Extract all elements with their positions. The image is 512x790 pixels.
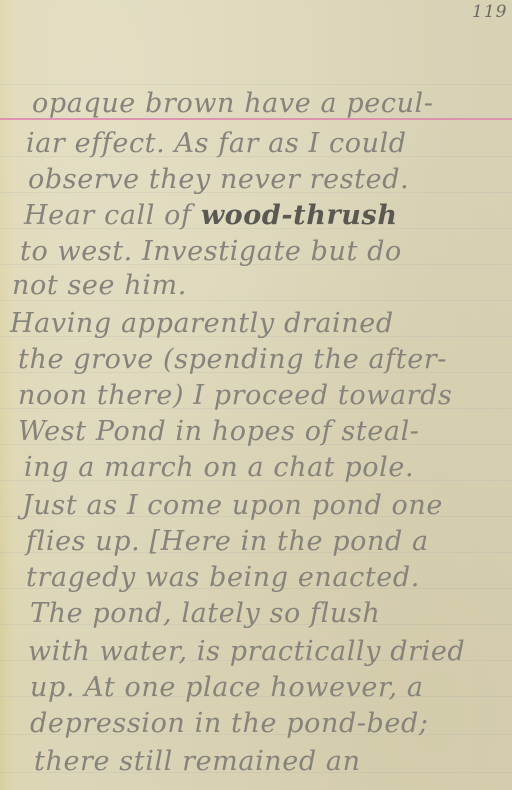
text-line: opaque brown have a pecul- xyxy=(32,88,434,119)
overwritten-word: wood-thrush xyxy=(201,200,398,231)
text-line: The pond, lately so flush xyxy=(30,598,380,629)
text-line: Just as I come upon pond one xyxy=(22,490,443,521)
text-line: tragedy was being enacted. xyxy=(26,562,420,593)
text-line: Having apparently drained xyxy=(10,308,394,339)
notebook-page: 119 opaque brown have a pecul- iar effec… xyxy=(0,0,512,790)
text-line: noon there) I proceed towards xyxy=(18,380,453,411)
page-number: 119 xyxy=(472,2,507,22)
text-line: observe they never rested. xyxy=(28,164,409,195)
text-line: with water, is practically dried xyxy=(28,636,465,667)
text-line: depression in the pond-bed; xyxy=(30,708,429,739)
text-line: the grove (spending the after- xyxy=(18,344,447,375)
text-line: West Pond in hopes of steal- xyxy=(18,416,420,447)
text-line: there still remained an xyxy=(34,746,361,777)
text-line: ing a march on a chat pole. xyxy=(24,452,414,483)
text-line: Hear call of wood-thrush xyxy=(24,200,398,231)
text-line: up. At one place however, a xyxy=(30,672,424,703)
text-line: to west. Investigate but do xyxy=(20,236,402,267)
ruled-line xyxy=(0,84,512,85)
text-line: iar effect. As far as I could xyxy=(26,128,407,159)
text-segment: Hear call of xyxy=(24,200,201,231)
text-line: not see him. xyxy=(12,270,187,301)
text-line: flies up. [Here in the pond a xyxy=(26,526,429,557)
